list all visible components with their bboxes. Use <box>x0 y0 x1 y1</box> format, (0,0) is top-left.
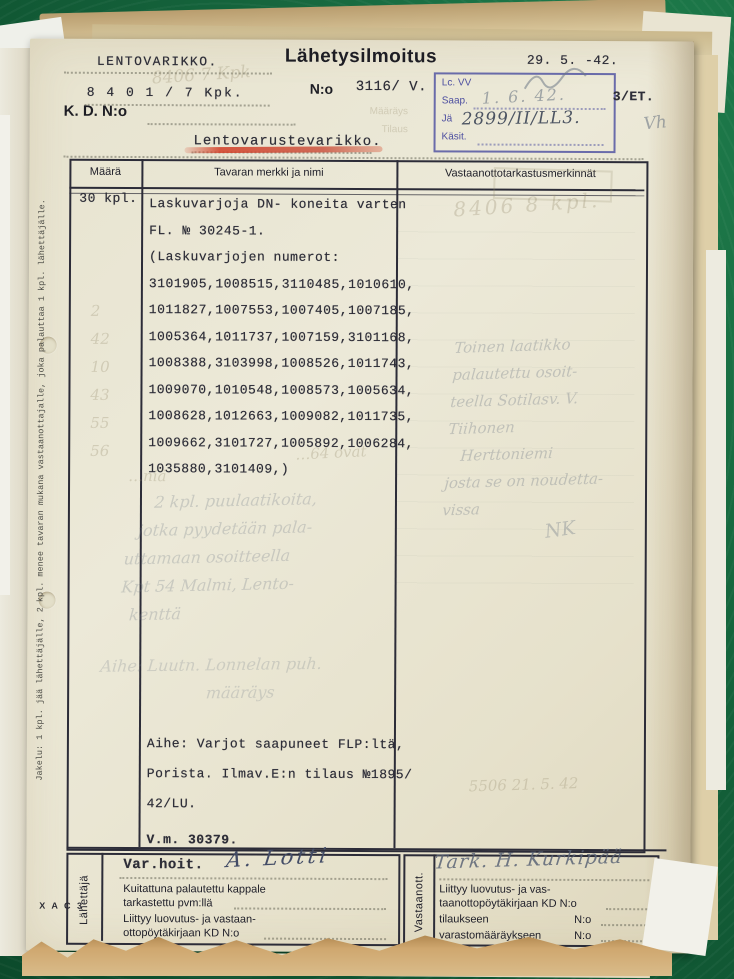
stamp-line1: Lc. VV <box>442 77 472 88</box>
pencil-note-middle: 2 kpl. puulaatikoita, jotka pyydetään pa… <box>118 485 318 629</box>
item-line: 1005364,1011737,1007159,3101168, <box>149 324 415 352</box>
red-crayon-underline <box>184 146 382 153</box>
receiver-no-abbr-1: N:o <box>574 914 591 926</box>
photo-scene: Jakelu: 1 kpl. jää lähettäjälle, 2 kpl. … <box>0 0 734 979</box>
subject-line: 42/LU. <box>147 789 413 820</box>
margin-distribution-note: Jakelu: 1 kpl. jää lähettäjälle, 2 kpl. … <box>35 199 48 781</box>
item-line: 1008628,1012663,1009082,1011735, <box>148 403 414 431</box>
paper-corner-bottom-right <box>642 858 718 956</box>
item-line: 1009662,3101727,1005892,1006284, <box>148 430 414 458</box>
subject-line: Porista. Ilmav.E:n tilaus №1895/ <box>147 759 413 790</box>
stamp-ja-label: Jä <box>442 113 453 124</box>
et-reference: 3/ET. <box>613 89 655 104</box>
stamp-ja-handwritten: 2899/II/LL3. <box>462 108 581 130</box>
stamp-saap-handwritten: 1. 6. 42. <box>481 85 566 108</box>
subject-block: Aihe: Varjot saapuneet FLP:ltä, Porista.… <box>147 729 413 820</box>
kd-no-label: K. D. N:o <box>64 103 127 120</box>
item-line: Laskuvarjoja DN- koneita varten <box>149 191 415 219</box>
arrival-stamp: Lc. VV Saap. 1. 6. 42. Jä 2899/II/LL3. K… <box>434 72 616 153</box>
sender-line3: Liittyy luovutus- ja vastaan- <box>123 913 256 926</box>
stamp-kasit-label: Käsit. <box>442 131 467 142</box>
col-header-tavara: Tavaran merkki ja nimi <box>141 166 396 179</box>
sender-line4: ottopöytäkirjaan KD N:o <box>123 927 239 940</box>
receiver-dots-1 <box>606 908 650 910</box>
ghost-handwriting-5506: 5506 21. 5. 42 <box>468 774 578 795</box>
stamp-saap-label: Saap. <box>442 95 468 106</box>
no-value: 3116/ V. <box>356 79 427 95</box>
quantity-cell: 30 kpl. <box>79 191 137 206</box>
pencil-fragment-2: …niä <box>128 467 166 485</box>
sender-line2: tarkastettu pvm:llä <box>123 897 212 909</box>
pencil-initials: Vh <box>643 112 668 134</box>
dotted-line-kd <box>148 123 296 126</box>
receiver-dots-2 <box>601 924 650 926</box>
pencil-note-phone: Aihe: Luutn. Lonnelan puh. määräys <box>97 650 324 709</box>
pencil-initials-right-note: NK <box>544 517 578 543</box>
vm-number: V.m. 30379. <box>146 832 237 847</box>
paper-right-fold-shading <box>644 41 694 953</box>
varhoit-label: Var.hoit. <box>123 857 203 873</box>
form-plate-code: X A C 3 <box>39 901 84 911</box>
stamp-kasit-dots <box>478 144 604 147</box>
ghost-maarays: Määräys <box>370 106 408 117</box>
receiver-line2: taanottopöytäkirjaan KD N:o <box>439 897 577 910</box>
item-line: 1008388,3103998,1008526,1011743, <box>149 350 415 378</box>
item-line: 1011827,1007553,1007405,1007185, <box>149 297 415 325</box>
document-page: Jakelu: 1 kpl. jää lähettäjälle, 2 kpl. … <box>26 39 694 954</box>
paper-stack-right-sliver <box>706 250 726 790</box>
item-line: (Laskuvarjojen numerot: <box>149 244 415 272</box>
sender-signature: A. Lotti <box>225 843 331 872</box>
item-line: 1035880,3101409,) <box>148 456 414 484</box>
pencil-note-right: Toinen laatikko palautettu osoit- teella… <box>441 330 614 524</box>
sender-line1: Kuitattuna palautettu kappale <box>123 883 266 896</box>
subject-line: Aihe: Varjot saapuneet FLP:ltä, <box>147 729 413 760</box>
ghost-left-numbers: 2 42 10 43 55 56 <box>90 297 110 465</box>
item-line: 3101905,1008515,3110485,1010610, <box>149 271 415 299</box>
receiver-no-abbr-2: N:o <box>574 930 591 942</box>
ghost-tilaus: Tilaus <box>382 124 408 135</box>
paper-stack-left-sliver <box>0 115 10 595</box>
col-header-maara: Määrä <box>69 166 141 178</box>
receiver-line3: tilaukseen <box>439 913 489 925</box>
item-description-block: Laskuvarjoja DN- koneita varten FL. № 30… <box>148 191 415 484</box>
form-title: Lähetysilmoitus <box>285 46 437 69</box>
item-line: 1009070,1010548,1008573,1005634, <box>148 377 414 405</box>
no-label: N:o <box>310 81 333 97</box>
unit-number: 8 4 0 1 / 7 Kpk. <box>87 85 244 101</box>
pencil-fragment-1: …64 ovat <box>295 442 367 463</box>
receiver-line1: Liittyy luovutus- ja vas- <box>439 883 550 895</box>
item-line: FL. № 30245-1. <box>149 218 415 246</box>
receiver-vertical-label: Vastaanott. <box>413 872 425 932</box>
